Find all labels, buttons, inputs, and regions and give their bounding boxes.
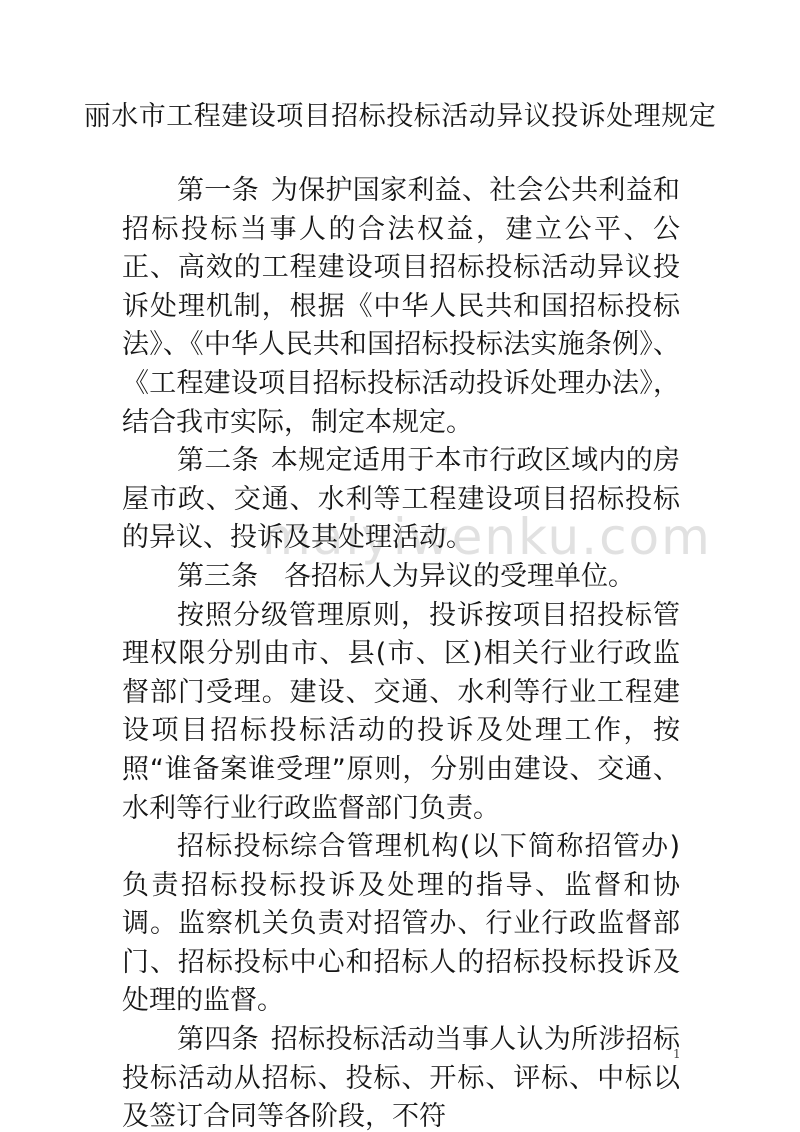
article-label: 第一条 — [177, 175, 259, 206]
document-title: 丽水市工程建设项目招标投标活动异议投诉处理规定 — [0, 97, 800, 137]
article-3-paragraph-3: 招标投标综合管理机构(以下简称招管办)负责招标投标投诉及处理的指导、监督和协调。… — [122, 828, 680, 1021]
paragraph-text: 按照分级管理原则，投诉按项目招投标管理权限分别由市、县(市、区)相关行业行政监督… — [122, 600, 680, 824]
article-1: 第一条为保护国家利益、社会公共利益和招标投标当事人的合法权益，建立公平、公正、高… — [122, 172, 680, 442]
article-3: 第三条各招标人为异议的受理单位。 — [122, 558, 680, 597]
article-3-paragraph-2: 按照分级管理原则，投诉按项目招投标管理权限分别由市、县(市、区)相关行业行政监督… — [122, 597, 680, 829]
article-4: 第四条招标投标活动当事人认为所涉招标投标活动从招标、投标、开标、评标、中标以及签… — [122, 1021, 680, 1132]
article-label: 第四条 — [177, 1024, 259, 1055]
article-2: 第二条本规定适用于本市行政区域内的房屋市政、交通、水利等工程建设项目招标投标的异… — [122, 442, 680, 558]
document-body: 第一条为保护国家利益、社会公共利益和招标投标当事人的合法权益，建立公平、公正、高… — [122, 172, 680, 1132]
paragraph-text: 招标投标综合管理机构(以下简称招管办)负责招标投标投诉及处理的指导、监督和协调。… — [122, 831, 680, 1016]
article-text: 各招标人为异议的受理单位。 — [284, 561, 635, 592]
article-label: 第二条 — [177, 445, 259, 476]
article-label: 第三条 — [177, 561, 258, 592]
document-page: maiyiwenku.com 丽水市工程建设项目招标投标活动异议投诉处理规定 第… — [0, 0, 800, 1132]
article-text: 为保护国家利益、社会公共利益和招标投标当事人的合法权益，建立公平、公正、高效的工… — [122, 175, 680, 438]
